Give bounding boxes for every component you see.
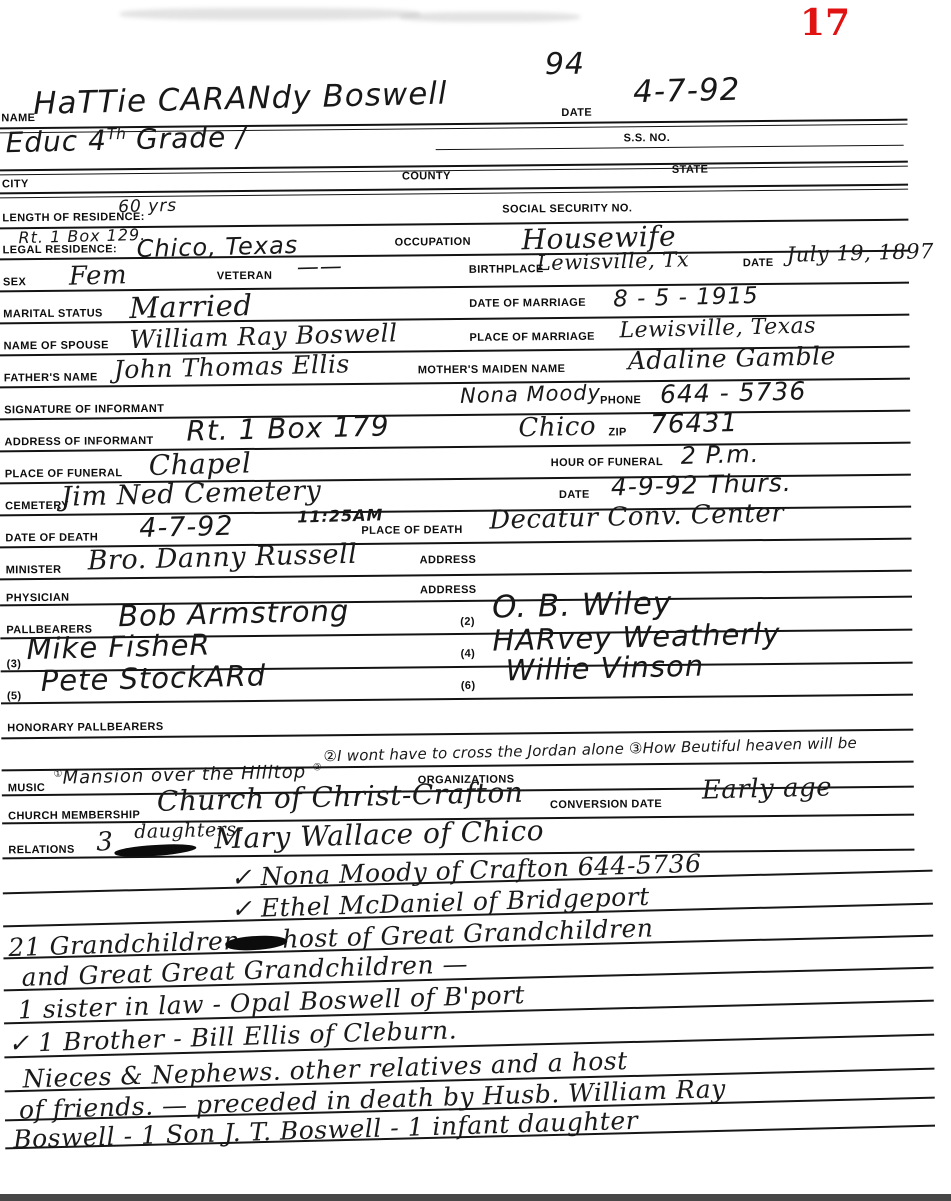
minister-label: MINISTER <box>6 564 62 577</box>
funeral-hour-label: HOUR OF FUNERAL <box>551 456 663 469</box>
marital-status-label: MARITAL STATUS <box>3 307 103 320</box>
birthdate-label: DATE <box>743 257 774 269</box>
zip-value: 76431 <box>650 408 738 440</box>
scanned-funeral-record: 17 94 NAME HaTTie CARANdy Boswell DATE 4… <box>0 0 951 1201</box>
father-name-value: John Thomas Ellis <box>113 349 350 384</box>
informant-address-value: Rt. 1 Box 179 <box>186 409 390 447</box>
funeral-date-label: DATE <box>559 489 590 501</box>
marriage-date-label: DATE OF MARRIAGE <box>469 297 586 310</box>
informant-signature-label: SIGNATURE OF INFORMANT <box>4 403 164 417</box>
pallbearer-6-number: (6) <box>461 680 476 692</box>
ssn-label: SOCIAL SECURITY NO. <box>502 202 632 215</box>
conversion-date-value: Early age <box>701 772 832 805</box>
funeral-place-label: PLACE OF FUNERAL <box>5 467 123 480</box>
phone-label: PHONE <box>600 394 641 406</box>
honorary-pallbearers-label: HONORARY PALLBEARERS <box>7 721 163 734</box>
birthplace-label: BIRTHPLACE <box>469 263 544 276</box>
birthplace-value: Lewisville, Tx <box>536 247 689 275</box>
relations-value: Mary Wallace of Chico <box>214 814 545 855</box>
funeral-date-value: 4-9-92 Thurs. <box>611 468 793 502</box>
minister-value: Bro. Danny Russell <box>87 539 357 577</box>
ssno-label: S.S. NO. <box>624 132 671 144</box>
rule-segment <box>436 145 904 150</box>
physician-label: PHYSICIAN <box>6 592 70 605</box>
marriage-date-value: 8 - 5 - 1915 <box>613 283 759 313</box>
county-label: COUNTY <box>402 170 451 182</box>
zip-label: ZIP <box>608 426 626 438</box>
pallbearer-5: Pete StockARd <box>40 658 266 698</box>
mother-maiden-label: MOTHER'S MAIDEN NAME <box>418 363 566 376</box>
informant-city-value: Chico <box>518 411 596 443</box>
name-label: NAME <box>1 112 35 124</box>
death-place-value: Decatur Conv. Center <box>489 498 785 535</box>
pallbearer-6: Willie Vinson <box>505 649 704 688</box>
informant-address-label: ADDRESS OF INFORMANT <box>4 435 153 448</box>
sex-label: SEX <box>3 276 26 288</box>
death-date-value: 4-7-92 <box>139 511 234 544</box>
spouse-name-value: William Ray Boswell <box>129 318 398 354</box>
veteran-label: VETERAN <box>217 270 272 283</box>
pallbearer-3-number: (3) <box>7 658 22 670</box>
handwritten-top-number: 94 <box>545 47 586 82</box>
sex-value: Fem <box>69 260 128 291</box>
death-date-label: DATE OF DEATH <box>5 531 98 544</box>
cemetery-value: Jim Ned Cemetery <box>61 475 322 513</box>
legal-residence-label: LEGAL RESIDENCE: <box>3 243 117 256</box>
cemetery-label: CEMETERY <box>5 500 69 513</box>
state-label: STATE <box>672 164 709 176</box>
occupation-label: OCCUPATION <box>395 236 471 249</box>
death-time-value: 11:25AM <box>297 505 384 526</box>
birthdate-value: July 19, 1897 <box>786 239 934 267</box>
education-value: Educ 4Th Grade / <box>5 120 247 159</box>
form-sheet: 94 NAME HaTTie CARANdy Boswell DATE 4-7-… <box>0 0 951 1201</box>
residence-length-label: LENGTH OF RESIDENCE: <box>2 211 145 224</box>
relations-count: 3 <box>96 827 114 857</box>
music-annotation: ②I wont have to cross the Jordan alone ③… <box>323 734 857 765</box>
phone-value: 644 - 5736 <box>660 376 807 409</box>
death-place-label: PLACE OF DEATH <box>361 524 462 537</box>
rule <box>0 161 908 176</box>
city-label: CITY <box>2 178 29 190</box>
minister-address-label: ADDRESS <box>420 554 477 567</box>
pallbearer-2-number: (2) <box>460 616 475 628</box>
date-label: DATE <box>561 107 592 119</box>
marriage-place-label: PLACE OF MARRIAGE <box>469 331 594 344</box>
physician-address-label: ADDRESS <box>420 584 477 597</box>
pallbearer-5-number: (5) <box>7 690 22 702</box>
date-value: 4-7-92 <box>633 72 741 111</box>
informant-signature-value: Nona Moody <box>460 380 602 408</box>
relations-label: RELATIONS <box>8 844 74 857</box>
pallbearer-1: Bob Armstrong <box>118 593 350 633</box>
marriage-place-value: Lewisville, Texas <box>619 313 816 343</box>
father-name-label: FATHER'S NAME <box>4 371 98 384</box>
conversion-date-label: CONVERSION DATE <box>550 798 662 811</box>
name-value: HaTTie CARANdy Boswell <box>33 76 448 122</box>
veteran-value: —— <box>297 254 344 280</box>
spouse-name-label: NAME OF SPOUSE <box>4 339 109 352</box>
music-label: MUSIC <box>8 782 46 794</box>
mother-maiden-value: Adaline Gamble <box>627 341 836 375</box>
funeral-hour-value: 2 P.m. <box>680 440 759 470</box>
pallbearer-4-number: (4) <box>460 648 475 660</box>
